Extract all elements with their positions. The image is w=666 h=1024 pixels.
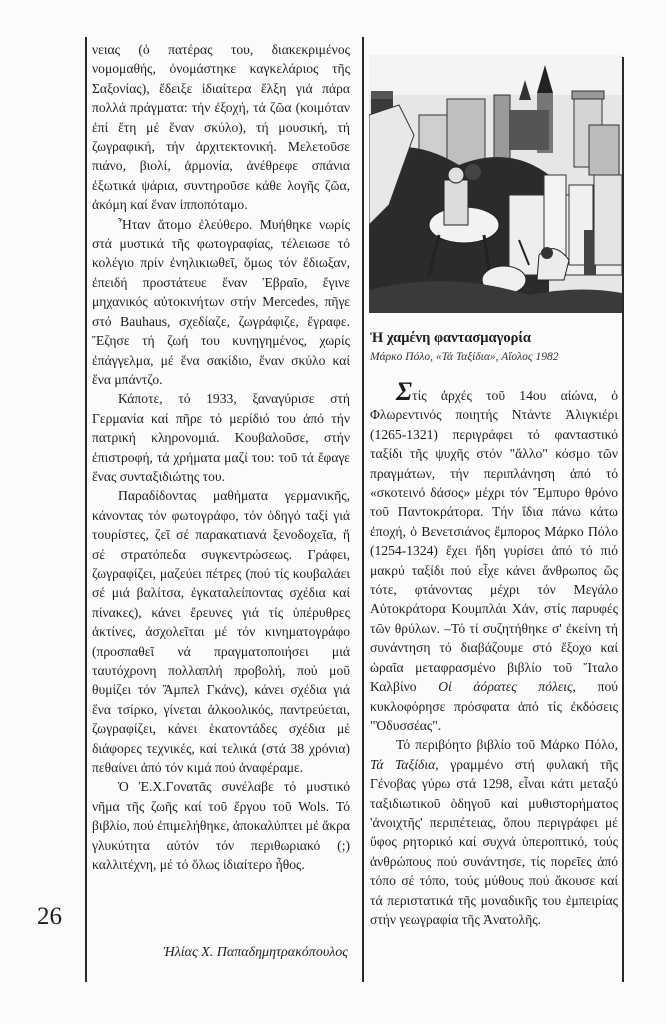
author-signature: Ἠλίας Χ. Παπαδημητρακόπουλος (88, 945, 348, 961)
paragraph: Τό περιβόητο βιβλίο τοῦ Μάρκο Πόλο, Τά Τ… (370, 735, 618, 929)
paragraph: Παραδίδοντας μαθήματα γερμανικῆς, κάνοντ… (92, 486, 350, 777)
left-column-rule (85, 37, 87, 982)
caption-title: Ἡ χαμένη φαντασμαγορία (370, 328, 620, 348)
dropcap: Σ (396, 377, 412, 406)
paragraph: Κάποτε, τό 1933, ξαναγύρισε στή Γερμανία… (92, 389, 350, 486)
book-title: Οἱ ἀόρατες πόλεις (438, 679, 572, 694)
figure-caption: Ἡ χαμένη φαντασμαγορία Μάρκο Πόλο, «Τά Τ… (370, 328, 620, 366)
medieval-city-illustration-icon (369, 55, 622, 313)
paragraph: Ὁ Ἐ.Χ.Γονατᾶς συνέλαβε τό μυστικό νῆμα τ… (92, 777, 350, 874)
paragraph: νειας (ὁ πατέρας του, διακεκριμένος νομο… (92, 40, 350, 215)
paragraph: Ἦταν ἄτομο ἐλεύθερο. Μυήθηκε νωρίς στά μ… (92, 215, 350, 390)
book-title: Τά Ταξίδια (370, 757, 435, 772)
page-number: 26 (37, 903, 62, 931)
center-column-rule (362, 37, 364, 982)
caption-source: Μάρκο Πόλο, «Τά Ταξίδια», Αἴολος 1982 (370, 348, 620, 366)
illustration-image (369, 55, 622, 313)
right-column-rule (622, 57, 624, 982)
paragraph: Στίς ἀρχές τοῦ 14ου αἰώνα, ὁ Φλωρεντινός… (370, 385, 618, 735)
left-text-column: νειας (ὁ πατέρας του, διακεκριμένος νομο… (92, 40, 350, 874)
right-text-column: Στίς ἀρχές τοῦ 14ου αἰώνα, ὁ Φλωρεντινός… (370, 385, 618, 929)
